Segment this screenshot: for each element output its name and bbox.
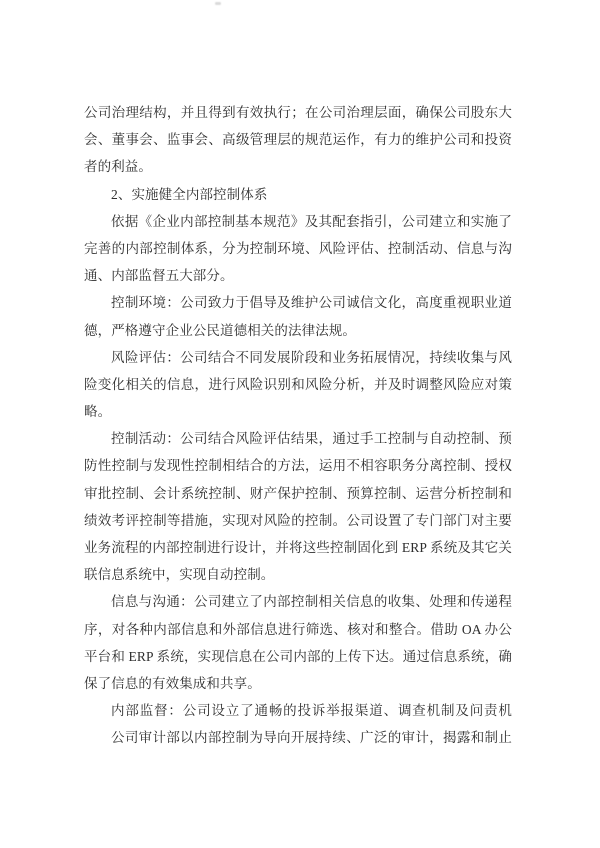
text-line: 风险评估：公司结合不同发展阶段和业务拓展情况，持续收集与风 xyxy=(84,344,512,371)
text-line: 通、内部监督五大部分。 xyxy=(84,262,512,289)
document-text-block: 公司治理结构，并且得到有效执行；在公司治理层面，确保公司股东大会、董事会、监事会… xyxy=(84,99,512,752)
text-line: 险变化相关的信息，进行风险识别和风险分析，并及时调整风险应对策 xyxy=(84,371,512,398)
text-line: 公司治理结构，并且得到有效执行；在公司治理层面，确保公司股东大 xyxy=(84,99,512,126)
text-line: 联信息系统中，实现自动控制。 xyxy=(84,561,512,588)
text-line: 保了信息的有效集成和共享。 xyxy=(84,670,512,697)
text-line: 完善的内部控制体系，分为控制环境、风险评估、控制活动、信息与沟 xyxy=(84,235,512,262)
document-page: 公司治理结构，并且得到有效执行；在公司治理层面，确保公司股东大会、董事会、监事会… xyxy=(0,0,600,848)
text-line: 序，对各种内部信息和外部信息进行筛选、核对和整合。借助 OA 办公 xyxy=(84,616,512,643)
text-line: 依据《企业内部控制基本规范》及其配套指引，公司建立和实施了 xyxy=(84,208,512,235)
text-line: 审批控制、会计系统控制、财产保护控制、预算控制、运营分析控制和 xyxy=(84,480,512,507)
text-line: 2、实施健全内部控制体系 xyxy=(84,181,512,208)
text-line: 控制活动：公司结合风险评估结果，通过手工控制与自动控制、预 xyxy=(84,425,512,452)
text-line: 信息与沟通：公司建立了内部控制相关信息的收集、处理和传递程 xyxy=(84,588,512,615)
scan-artifact-speck xyxy=(215,2,221,5)
text-line: 绩效考评控制等措施，实现对风险的控制。公司设置了专门部门对主要 xyxy=(84,507,512,534)
text-line: 控制环境：公司致力于倡导及维护公司诚信文化，高度重视职业道 xyxy=(84,289,512,316)
text-line: 平台和 ERP 系统，实现信息在公司内部的上传下达。通过信息系统，确 xyxy=(84,643,512,670)
text-line: 防性控制与发现性控制相结合的方法，运用不相容职务分离控制、授权 xyxy=(84,452,512,479)
text-line: 者的利益。 xyxy=(84,153,512,180)
text-line: 略。 xyxy=(84,398,512,425)
text-line: 业务流程的内部控制进行设计，并将这些控制固化到 ERP 系统及其它关 xyxy=(84,534,512,561)
text-line: 公司审计部以内部控制为导向开展持续、广泛的审计，揭露和制止 xyxy=(84,724,512,751)
text-line: 会、董事会、监事会、高级管理层的规范运作，有力的维护公司和投资 xyxy=(84,126,512,153)
text-line: 内部监督：公司设立了通畅的投诉举报渠道、调查机制及问责机制。 xyxy=(84,697,512,724)
text-line: 德，严格遵守企业公民道德相关的法律法规。 xyxy=(84,317,512,344)
